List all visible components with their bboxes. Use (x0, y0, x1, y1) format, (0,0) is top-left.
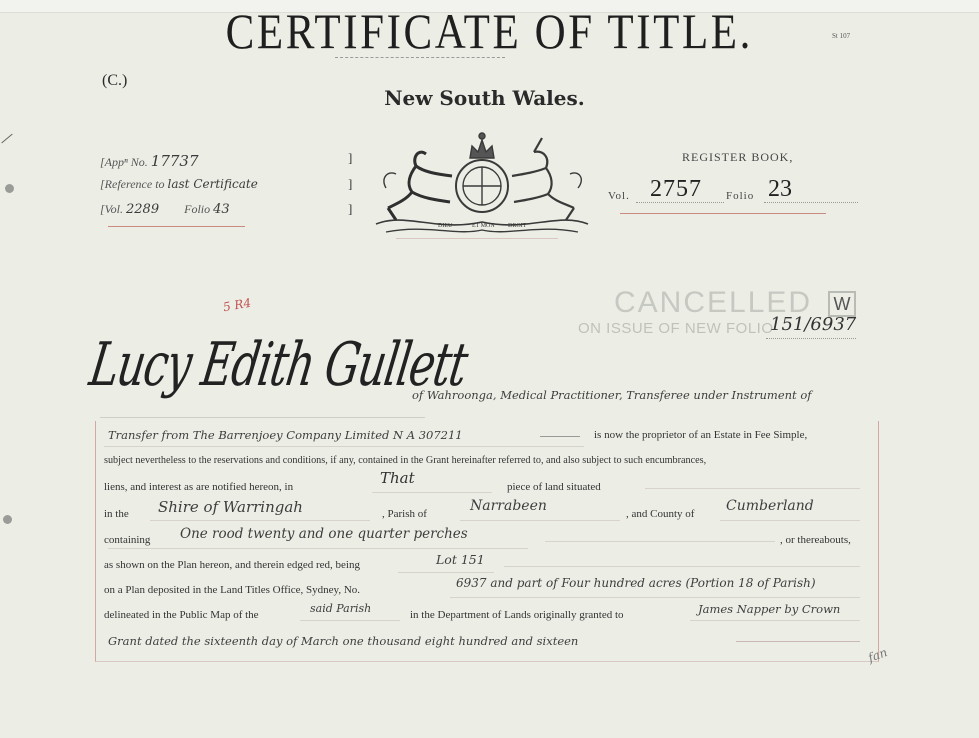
in-the-label: in the (104, 508, 129, 520)
app-number-row: [Appⁿ No. 17737 (100, 152, 199, 170)
dash-rule (540, 436, 580, 437)
piece-value: That (380, 469, 415, 487)
reference-row: [Reference to last Certificate (100, 177, 258, 192)
new-folio-value: 151/6937 (770, 314, 856, 335)
delineated-value: said Parish (310, 602, 371, 615)
register-folio-value: 23 (768, 176, 792, 203)
punch-hole-bottom (3, 515, 12, 524)
name-rule (100, 417, 425, 418)
proprietor-description: of Wahroonga, Medical Practitioner, Tran… (412, 388, 812, 402)
svg-text:DROIT: DROIT (508, 223, 527, 229)
title-rule (335, 57, 505, 60)
ruled-line (450, 597, 860, 598)
parish-label: , Parish of (382, 508, 427, 520)
bracket: ] (348, 201, 352, 217)
punch-hole-top (5, 184, 14, 193)
ruled-line (372, 492, 492, 493)
grantee-value: James Napper by Crown (698, 602, 840, 616)
app-label: [Appⁿ No. (100, 155, 148, 169)
ruled-line (690, 620, 860, 621)
pencil-mark (1, 134, 12, 144)
ruled-line (720, 520, 860, 521)
plan-text: as shown on the Plan hereon, and therein… (104, 559, 360, 571)
prior-folio-value: 43 (213, 202, 230, 217)
ruled-line (300, 620, 400, 621)
subject-text: subject nevertheless to the reservations… (104, 455, 706, 466)
liens-text: liens, and interest as are notified here… (104, 481, 293, 493)
prior-vol-row: [Vol. 2289 Folio 43 (100, 202, 230, 217)
estate-text: is now the proprietor of an Estate in Fe… (594, 429, 807, 441)
piece-text: piece of land situated (507, 481, 601, 493)
app-number-value: 17737 (151, 152, 199, 170)
ruled-line (104, 446, 584, 447)
thereabouts-text: , or thereabouts, (780, 534, 851, 546)
ruled-line (736, 641, 860, 642)
reference-label: [Reference to (100, 177, 165, 191)
crest-rule (396, 238, 558, 239)
county-value: Cumberland (726, 498, 814, 514)
red-rule (108, 226, 245, 227)
county-label: , and County of (626, 508, 694, 520)
ruled-line (545, 541, 775, 542)
bracket: ] (348, 176, 352, 192)
coat-of-arms-icon: DIEU ET MON DROIT (366, 128, 598, 238)
delineated-text: delineated in the Public Map of the (104, 609, 259, 621)
prior-folio-label: Folio (184, 202, 210, 216)
grant-value: Grant dated the sixteenth day of March o… (108, 634, 578, 648)
ruled-line (504, 566, 860, 567)
red-annotation: 5 R4 (222, 296, 252, 315)
deposited-text: on a Plan deposited in the Land Titles O… (104, 584, 360, 596)
new-folio-dotted-line (766, 338, 856, 339)
register-vol-label: Vol. (608, 190, 630, 202)
new-folio-label: ON ISSUE OF NEW FOLIO (578, 320, 774, 337)
bracket: ] (348, 150, 352, 166)
svg-text:ET MON: ET MON (472, 223, 495, 229)
ruled-line (460, 520, 620, 521)
document-title: CERTIFICATE OF TITLE. (68, 2, 910, 60)
parish-value: Narrabeen (470, 498, 547, 514)
lot-value: Lot 151 (436, 552, 485, 567)
register-folio-label: Folio (726, 190, 754, 202)
svg-text:DIEU: DIEU (438, 223, 453, 229)
ruled-line (108, 548, 528, 549)
stock-number: St 107 (832, 32, 850, 40)
jurisdiction-heading: New South Wales. (0, 86, 979, 110)
department-text: in the Department of Lands originally gr… (410, 609, 624, 621)
royal-coat-of-arms: DIEU ET MON DROIT (366, 128, 598, 243)
reference-value: last Certificate (168, 177, 258, 191)
containing-label: containing (104, 534, 150, 546)
ruled-line (150, 520, 370, 521)
register-vol-value: 2757 (650, 176, 702, 203)
plan-value: 6937 and part of Four hundred acres (Por… (456, 576, 816, 590)
ruled-line (645, 488, 860, 489)
locality-value: Shire of Warringah (158, 498, 303, 516)
prior-vol-value: 2289 (126, 202, 159, 217)
register-book-heading: REGISTER BOOK, (682, 150, 793, 165)
ruled-line (398, 572, 494, 573)
transfer-details: Transfer from The Barrenjoey Company Lim… (108, 428, 463, 442)
area-value: One rood twenty and one quarter perches (180, 526, 468, 542)
red-rule (620, 213, 826, 214)
prior-vol-label: [Vol. (100, 202, 123, 216)
